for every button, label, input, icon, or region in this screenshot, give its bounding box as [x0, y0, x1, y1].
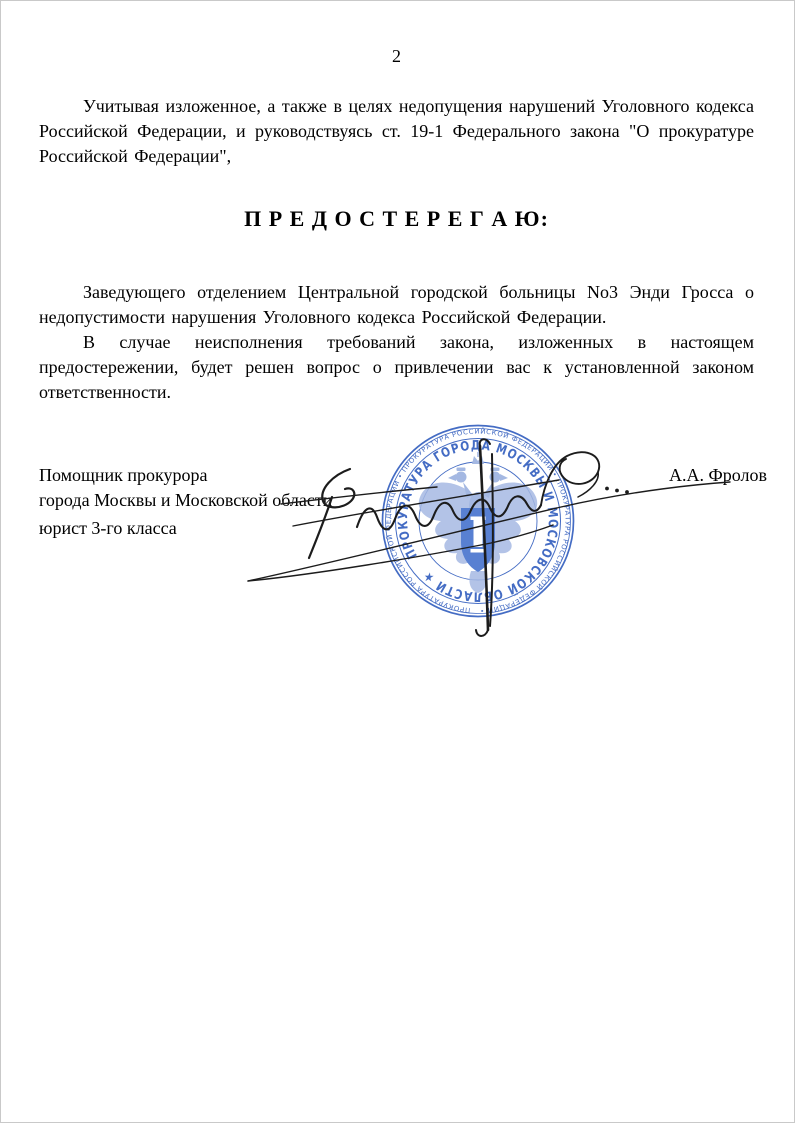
signer-position-line-3: юрист 3-го класса	[39, 516, 332, 541]
signer-name: А.А. Фролов	[669, 463, 767, 488]
page-number: 2	[39, 46, 754, 66]
signer-position-line-1: Помощник прокурора	[39, 463, 332, 488]
signer-position: Помощник прокурора города Москвы и Моско…	[39, 463, 332, 541]
document-page: 2 Учитывая изложенное, а также в целях н…	[0, 0, 795, 1123]
paragraph-consequences: В случае неисполнения требований закона,…	[39, 330, 754, 405]
paragraph-intro: Учитывая изложенное, а также в целях нед…	[39, 94, 754, 169]
warning-heading: П Р Е Д О С Т Е Р Е Г А Ю:	[39, 203, 754, 235]
signer-position-line-2: города Москвы и Московской области	[39, 488, 332, 513]
signature-block: Помощник прокурора города Москвы и Моско…	[39, 463, 767, 541]
paragraph-addressee: Заведующего отделением Центральной город…	[39, 280, 754, 330]
